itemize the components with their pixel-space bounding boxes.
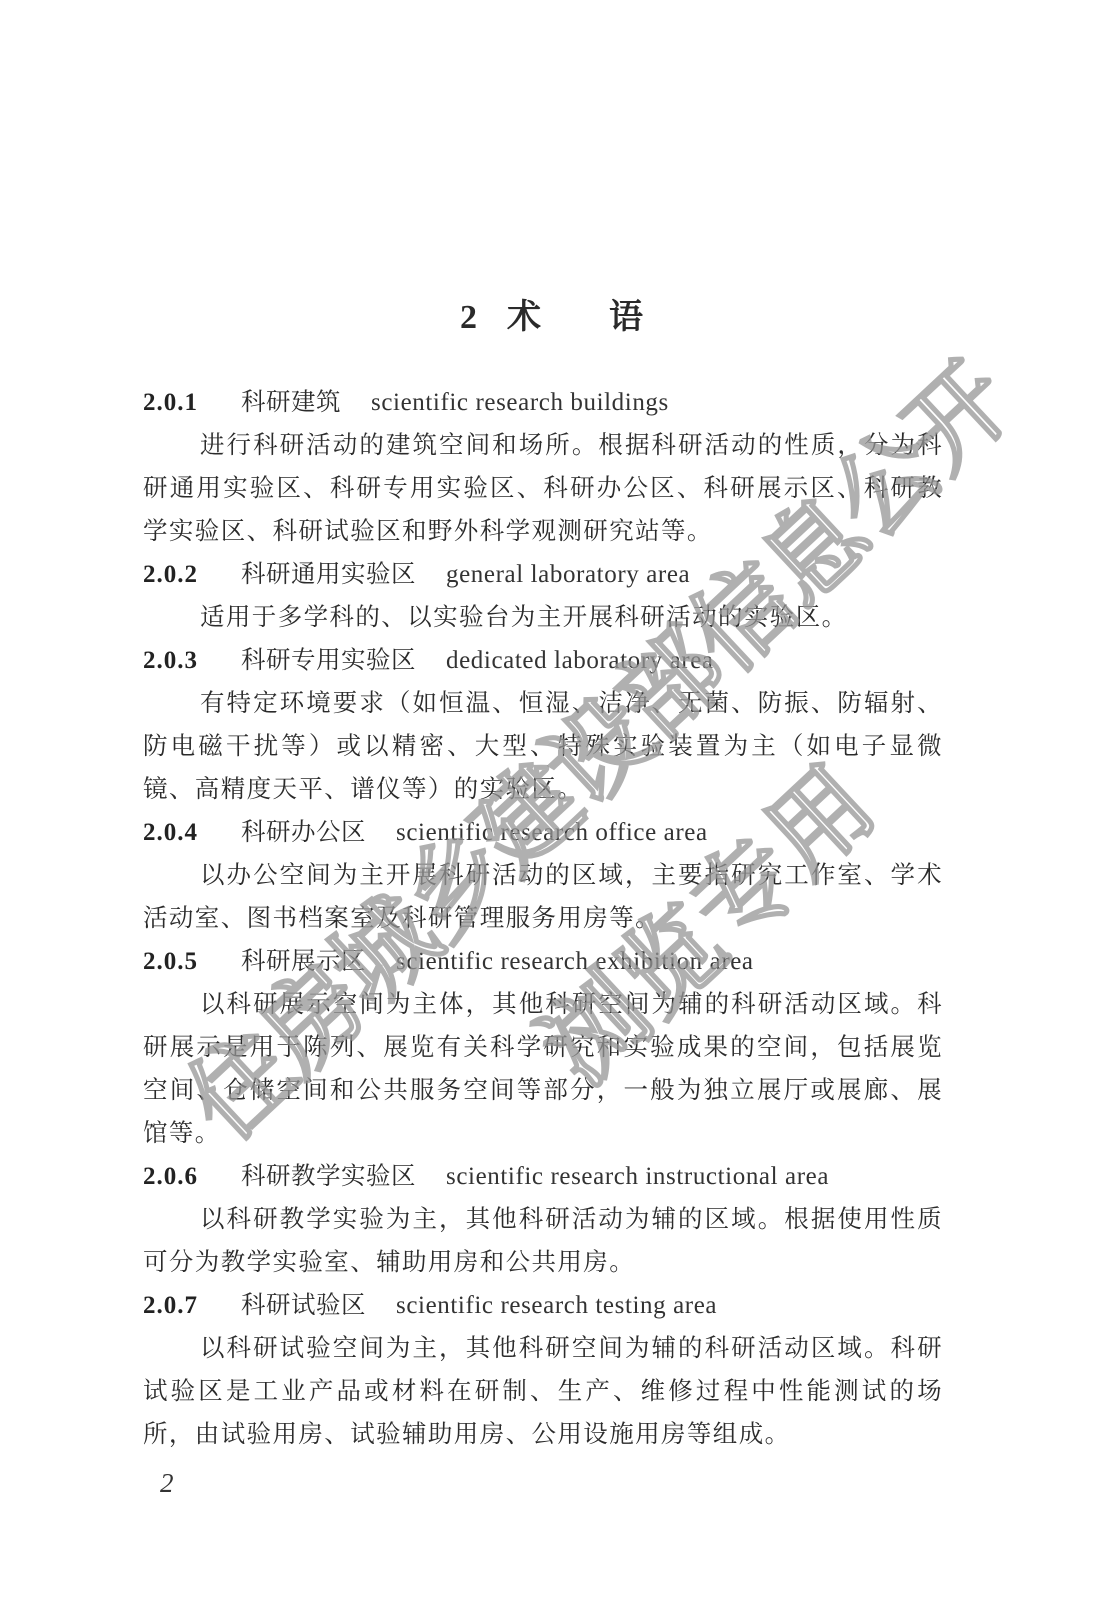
term-heading: 2.0.5科研展示区scientific research exhibition… bbox=[143, 939, 943, 982]
term-english: scientific research office area bbox=[396, 819, 708, 846]
term-number: 2.0.2 bbox=[143, 553, 241, 596]
term-english: scientific research testing area bbox=[396, 1292, 717, 1319]
term-heading: 2.0.3科研专用实验区dedicated laboratory area bbox=[143, 638, 943, 681]
term-chinese: 科研教学实验区 bbox=[241, 1161, 416, 1190]
term-english: dedicated laboratory area bbox=[446, 647, 714, 674]
term-heading: 2.0.2科研通用实验区general laboratory area bbox=[143, 552, 943, 595]
term-entry: 2.0.6科研教学实验区scientific research instruct… bbox=[143, 1154, 943, 1283]
term-english: scientific research buildings bbox=[371, 389, 669, 416]
term-english: scientific research instructional area bbox=[446, 1163, 829, 1190]
term-entry: 2.0.7科研试验区scientific research testing ar… bbox=[143, 1283, 943, 1455]
term-number: 2.0.5 bbox=[143, 940, 241, 983]
term-number: 2.0.4 bbox=[143, 811, 241, 854]
term-english: general laboratory area bbox=[446, 561, 690, 588]
chapter-title-char-2: 语 bbox=[609, 297, 643, 337]
term-number: 2.0.3 bbox=[143, 639, 241, 682]
term-definition: 以科研教学实验为主，其他科研活动为辅的区域。根据使用性质可分为教学实验室、辅助用… bbox=[143, 1197, 943, 1283]
page-number: 2 bbox=[160, 1468, 174, 1499]
term-number: 2.0.6 bbox=[143, 1155, 241, 1198]
term-definition: 以办公空间为主开展科研活动的区域，主要指研究工作室、学术活动室、图书档案室及科研… bbox=[143, 853, 943, 939]
term-definition: 以科研试验空间为主，其他科研空间为辅的科研活动区域。科研试验区是工业产品或材料在… bbox=[143, 1326, 943, 1455]
chapter-title: 2术语 bbox=[0, 291, 1103, 344]
term-definition: 进行科研活动的建筑空间和场所。根据科研活动的性质，分为科研通用实验区、科研专用实… bbox=[143, 423, 943, 552]
term-heading: 2.0.1科研建筑scientific research buildings bbox=[143, 380, 943, 423]
term-heading: 2.0.6科研教学实验区scientific research instruct… bbox=[143, 1154, 943, 1197]
document-page: 2术语 2.0.1科研建筑scientific research buildin… bbox=[0, 0, 1103, 1598]
term-chinese: 科研建筑 bbox=[241, 387, 341, 416]
chapter-number: 2 bbox=[460, 299, 477, 336]
term-english: scientific research exhibition area bbox=[396, 948, 754, 975]
term-entry: 2.0.2科研通用实验区general laboratory area 适用于多… bbox=[143, 552, 943, 638]
term-entry: 2.0.5科研展示区scientific research exhibition… bbox=[143, 939, 943, 1154]
term-heading: 2.0.7科研试验区scientific research testing ar… bbox=[143, 1283, 943, 1326]
term-chinese: 科研试验区 bbox=[241, 1290, 366, 1319]
term-entry: 2.0.4科研办公区scientific research office are… bbox=[143, 810, 943, 939]
term-chinese: 科研专用实验区 bbox=[241, 645, 416, 674]
term-chinese: 科研展示区 bbox=[241, 946, 366, 975]
term-heading: 2.0.4科研办公区scientific research office are… bbox=[143, 810, 943, 853]
term-number: 2.0.1 bbox=[143, 381, 241, 424]
term-definition: 有特定环境要求（如恒温、恒湿、洁净、无菌、防振、防辐射、防电磁干扰等）或以精密、… bbox=[143, 681, 943, 810]
term-entry: 2.0.1科研建筑scientific research buildings 进… bbox=[143, 380, 943, 552]
term-definition: 适用于多学科的、以实验台为主开展科研活动的实验区。 bbox=[143, 595, 943, 638]
term-chinese: 科研办公区 bbox=[241, 817, 366, 846]
term-chinese: 科研通用实验区 bbox=[241, 559, 416, 588]
term-definition: 以科研展示空间为主体，其他科研空间为辅的科研活动区域。科研展示是用于陈列、展览有… bbox=[143, 982, 943, 1154]
term-number: 2.0.7 bbox=[143, 1284, 241, 1327]
chapter-title-char-1: 术 bbox=[507, 297, 541, 337]
terms-list: 2.0.1科研建筑scientific research buildings 进… bbox=[143, 380, 943, 1455]
term-entry: 2.0.3科研专用实验区dedicated laboratory area 有特… bbox=[143, 638, 943, 810]
